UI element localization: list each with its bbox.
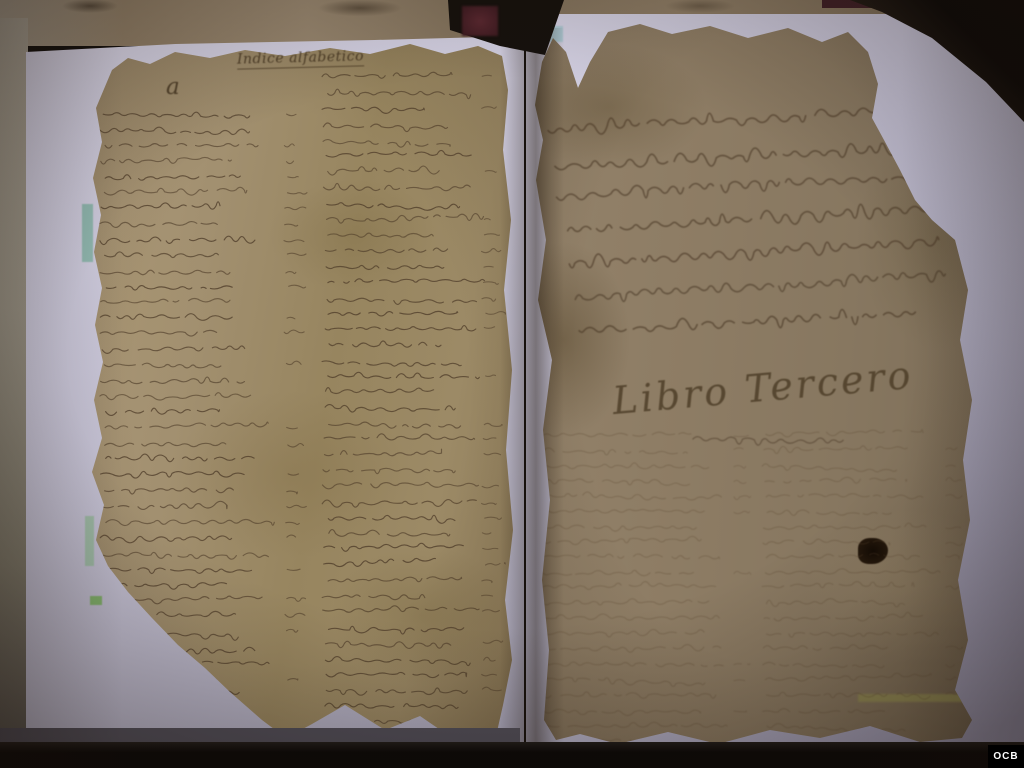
side-surface-left <box>0 18 28 748</box>
manuscript-photo: Indice alfabetico a Libro Tercero OCB <box>0 0 1024 768</box>
book-gutter-shadow <box>500 28 564 744</box>
paper-sliver-green <box>85 516 94 566</box>
paper-sliver-leaf <box>90 596 102 605</box>
index-title: Indice alfabetico <box>237 48 364 69</box>
section-letter-a: a <box>166 74 180 100</box>
worm-hole <box>858 538 888 564</box>
table-edge-bottom <box>0 742 1024 768</box>
paper-sliver-teal <box>82 204 93 262</box>
binding-red-edge <box>462 6 498 36</box>
ocb-watermark: OCB <box>988 745 1024 768</box>
ocb-watermark-label: OCB <box>993 751 1018 762</box>
